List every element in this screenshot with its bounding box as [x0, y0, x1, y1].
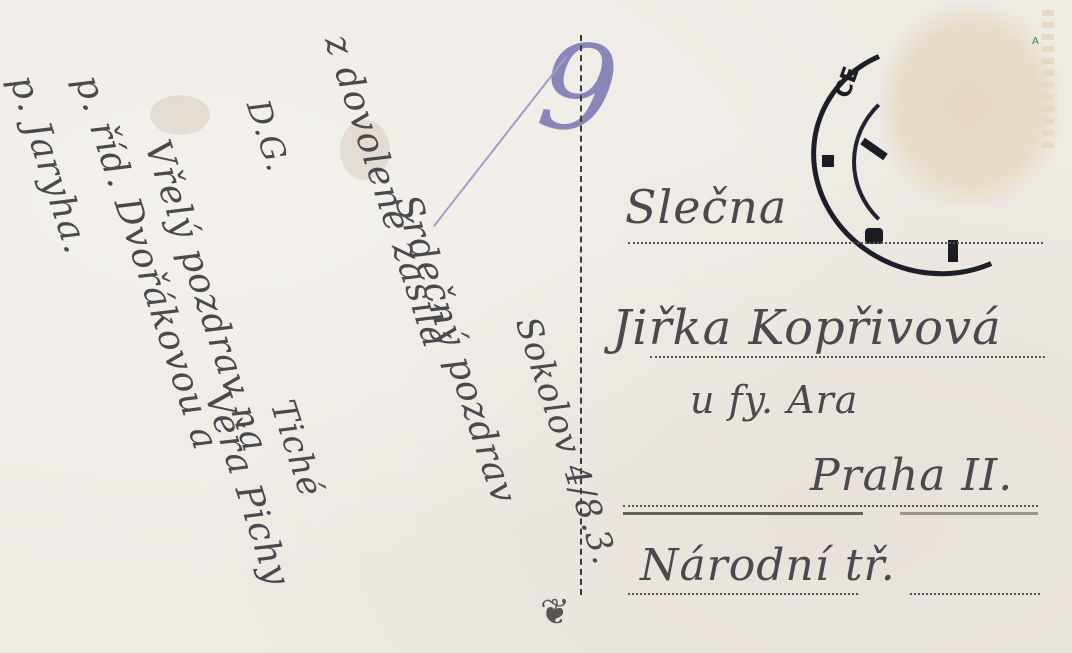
- address-line-4: [628, 593, 858, 595]
- address-name: Jiřka Kopřivová: [612, 300, 1002, 356]
- message-line-5: D.G.: [239, 95, 298, 176]
- green-mark: A: [1032, 36, 1039, 47]
- postmark-dot: [822, 155, 834, 167]
- message-line-3: Tiché: [262, 395, 331, 502]
- address-care-of: u fy. Ara: [690, 378, 858, 422]
- address-line-3-printed: [623, 512, 863, 515]
- address-line-4b: [910, 593, 1040, 595]
- crest-ornament-icon: ❦: [540, 592, 570, 633]
- address-line-2: [650, 356, 1045, 358]
- message-line-2: z dovolené zasílá: [316, 30, 456, 353]
- stain: [150, 95, 210, 135]
- postcard-back: A CE 9 Slečna Jiřka Kopřivová u fy. Ara …: [0, 0, 1072, 653]
- message-place-date: Sokolov 4/8.3.: [507, 312, 625, 570]
- address-line-1: [628, 242, 1043, 244]
- address-line-3-printed: [900, 512, 1038, 515]
- pencil-numeral: 9: [531, 15, 626, 163]
- address-salutation: Slečna: [625, 180, 787, 234]
- address-line-3: [623, 505, 1038, 507]
- address-city: Praha II.: [810, 450, 1013, 501]
- postmark-inner-ring: [852, 78, 1030, 246]
- address-street: Národní tř.: [640, 540, 896, 591]
